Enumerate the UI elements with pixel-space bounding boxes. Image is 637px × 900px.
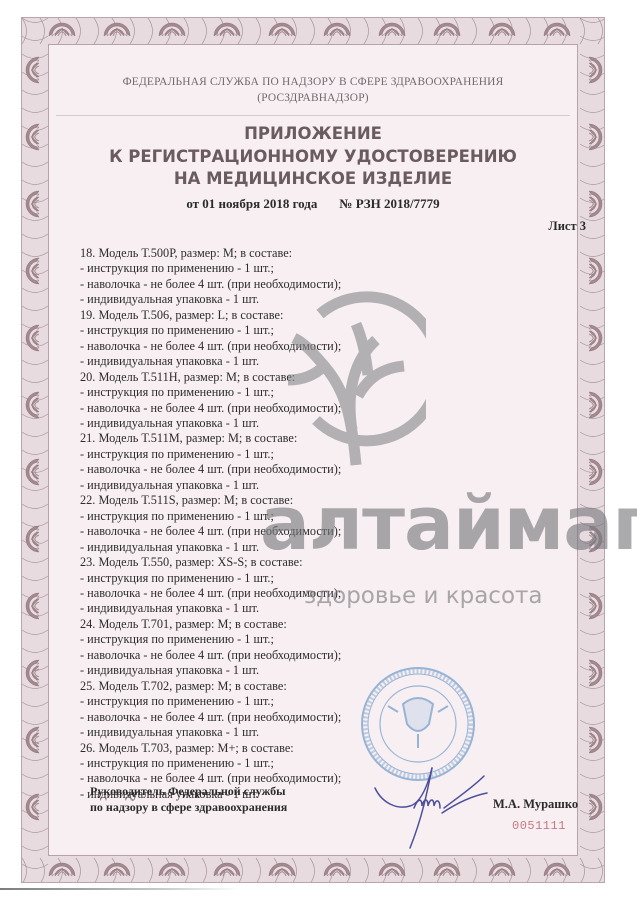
list-item: - наволочка - не более 4 шт. (при необхо… <box>80 710 380 725</box>
list-item: - инструкция по применению - 1 шт.; <box>80 756 380 771</box>
title-line-3: НА МЕДИЦИНСКОЕ ИЗДЕЛИЕ <box>22 168 604 191</box>
registration-meta: от 01 ноября 2018 года№ РЗН 2018/7779 <box>22 196 604 212</box>
list-item: 25. Модель Т.702, размер: М; в составе: <box>80 679 380 694</box>
list-item: 26. Модель Т.703, размер: М+; в составе: <box>80 741 380 756</box>
watermark-brand: алтаймаг <box>260 484 637 564</box>
registration-number: № РЗН 2018/7779 <box>339 196 439 211</box>
signatory-title-line-2: по надзору в сфере здравоохранения <box>90 799 287 815</box>
agency-header: Федеральная служба по надзору в сфере зд… <box>22 74 604 106</box>
registration-date: от 01 ноября 2018 года <box>186 196 317 211</box>
agency-short-name: (Росздравнадзор) <box>22 90 604 106</box>
tree-in-circle-logo-icon <box>286 280 426 475</box>
document-title: ПРИЛОЖЕНИЕ К РЕГИСТРАЦИОННОМУ УДОСТОВЕРЕ… <box>22 123 604 191</box>
scan-edge-line <box>0 888 240 890</box>
list-item: - инструкция по применению - 1 шт.; <box>80 632 380 647</box>
list-item: 24. Модель Т.701, размер: М; в составе: <box>80 617 380 632</box>
list-item: - наволочка - не более 4 шт. (при необхо… <box>80 648 380 663</box>
list-item: - инструкция по применению - 1 шт.; <box>80 261 380 276</box>
handwritten-signature-icon <box>372 758 492 853</box>
serial-number: 0051111 <box>512 819 566 833</box>
sheet-number: Лист 3 <box>548 219 586 234</box>
certificate-sheet: Федеральная служба по надзору в сфере зд… <box>21 17 605 883</box>
signatory-title-line-1: Руководитель Федеральной службы <box>90 783 287 799</box>
header-divider <box>56 115 570 116</box>
list-item: - индивидуальная упаковка - 1 шт. <box>80 725 380 740</box>
title-line-1: ПРИЛОЖЕНИЕ <box>22 123 604 146</box>
signatory-title: Руководитель Федеральной службы по надзо… <box>90 783 287 815</box>
list-item: 18. Модель Т.500Р, размер: М; в составе: <box>80 246 380 261</box>
watermark-tagline: здоровье и красота <box>304 583 543 609</box>
list-item: - индивидуальная упаковка - 1 шт. <box>80 663 380 678</box>
signer-name: М.А. Мурашко <box>493 797 578 812</box>
title-line-2: К РЕГИСТРАЦИОННОМУ УДОСТОВЕРЕНИЮ <box>22 146 604 169</box>
list-item: - инструкция по применению - 1 шт.; <box>80 694 380 709</box>
agency-name: Федеральная служба по надзору в сфере зд… <box>22 74 604 90</box>
